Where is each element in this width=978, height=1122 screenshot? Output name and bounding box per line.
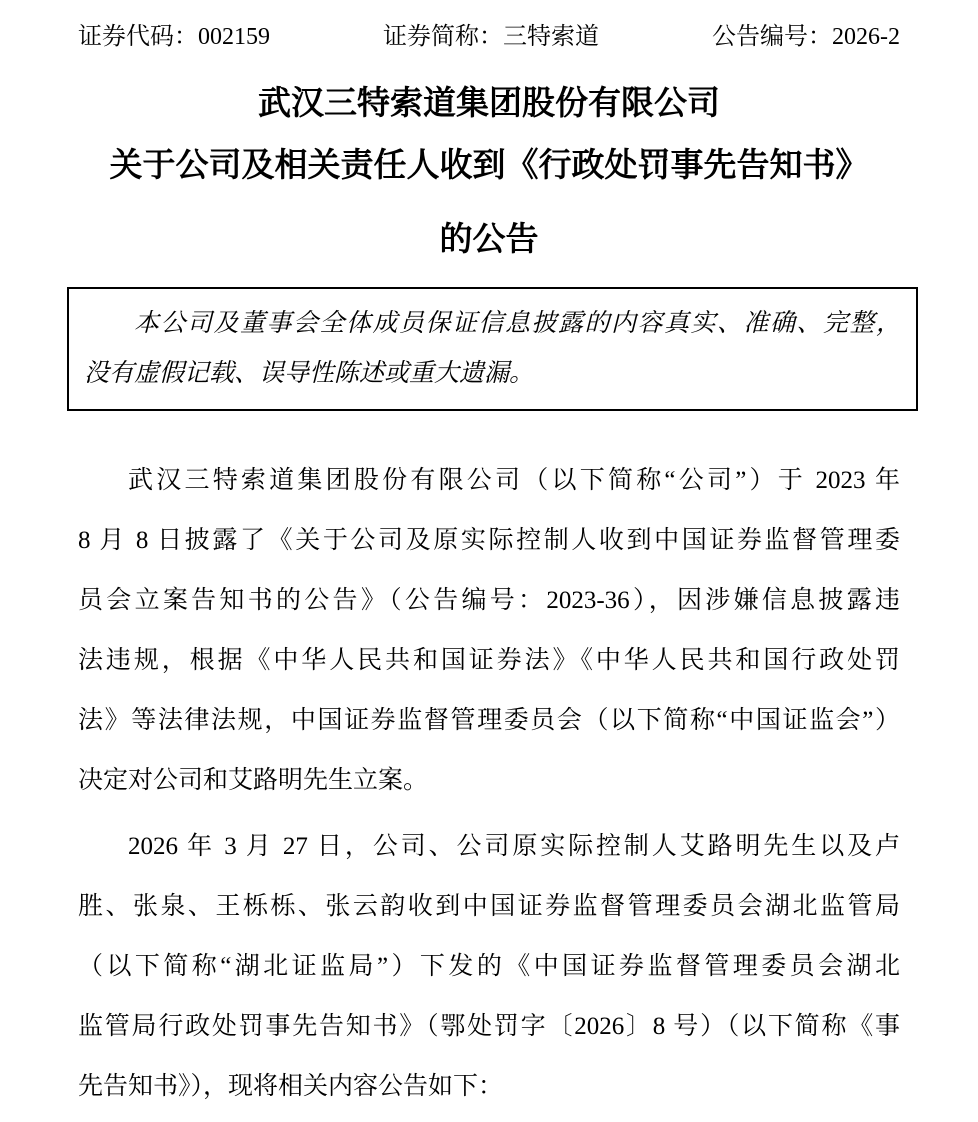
paragraph-1: 武汉三特索道集团股份有限公司（以下简称“公司”）于 2023 年 8 月 8 日… bbox=[78, 451, 900, 811]
announcement-number-label: 公告编号： bbox=[712, 24, 832, 50]
paragraph-2-line-3: （以下简称“湖北证监局”）下发的《中国证券监督管理委员会湖北 bbox=[78, 937, 900, 997]
title-suffix: 的公告 bbox=[78, 222, 900, 259]
paragraph-1-line-5: 法》等法律法规，中国证券监督管理委员会（以下简称“中国证监会”） bbox=[78, 691, 900, 751]
announcement-document: 证券代码：002159 证券简称：三特索道 公告编号：2026-2 武汉三特索道… bbox=[0, 0, 978, 1117]
paragraph-2-line-5: 先告知书》），现将相关内容公告如下： bbox=[78, 1057, 900, 1117]
paragraph-2: 2026 年 3 月 27 日，公司、公司原实际控制人艾路明先生以及卢 胜、张泉… bbox=[78, 817, 900, 1117]
title-subject: 关于公司及相关责任人收到《行政处罚事先告知书》 bbox=[78, 148, 900, 185]
paragraph-2-line-1: 2026 年 3 月 27 日，公司、公司原实际控制人艾路明先生以及卢 bbox=[78, 817, 900, 877]
stock-short-name-label: 证券简称： bbox=[383, 24, 503, 50]
paragraph-1-line-2: 8 月 8 日披露了《关于公司及原实际控制人收到中国证券监督管理委 bbox=[78, 511, 900, 571]
stock-short-name-value: 三特索道 bbox=[503, 24, 599, 50]
paragraph-1-line-4: 法违规，根据《中华人民共和国证券法》《中华人民共和国行政处罚 bbox=[78, 631, 900, 691]
stock-info-header: 证券代码：002159 证券简称：三特索道 公告编号：2026-2 bbox=[78, 24, 900, 50]
stock-short-name: 证券简称：三特索道 bbox=[383, 24, 599, 50]
stock-code-value: 002159 bbox=[198, 24, 270, 50]
paragraph-1-line-3: 员会立案告知书的公告》（公告编号：2023-36），因涉嫌信息披露违 bbox=[78, 571, 900, 631]
paragraph-1-line-6: 决定对公司和艾路明先生立案。 bbox=[78, 751, 900, 811]
announcement-number: 公告编号：2026-2 bbox=[712, 24, 900, 50]
paragraph-2-line-4: 监管局行政处罚事先告知书》（鄂处罚字〔2026〕8 号）（以下简称《事 bbox=[78, 997, 900, 1057]
disclaimer-box: 本公司及董事会全体成员保证信息披露的内容真实、准确、完整， 没有虚假记载、误导性… bbox=[67, 287, 918, 411]
paragraph-1-line-1: 武汉三特索道集团股份有限公司（以下简称“公司”）于 2023 年 bbox=[78, 451, 900, 511]
announcement-number-value: 2026-2 bbox=[832, 24, 900, 50]
paragraph-2-line-2: 胜、张泉、王栎栎、张云韵收到中国证券监督管理委员会湖北监管局 bbox=[78, 877, 900, 937]
title-company-name: 武汉三特索道集团股份有限公司 bbox=[78, 86, 900, 123]
stock-code-label: 证券代码： bbox=[78, 24, 198, 50]
disclaimer-line-2: 没有虚假记载、误导性陈述或重大遗漏。 bbox=[84, 349, 901, 399]
stock-code: 证券代码：002159 bbox=[78, 24, 270, 50]
disclaimer-line-1: 本公司及董事会全体成员保证信息披露的内容真实、准确、完整， bbox=[84, 299, 901, 349]
